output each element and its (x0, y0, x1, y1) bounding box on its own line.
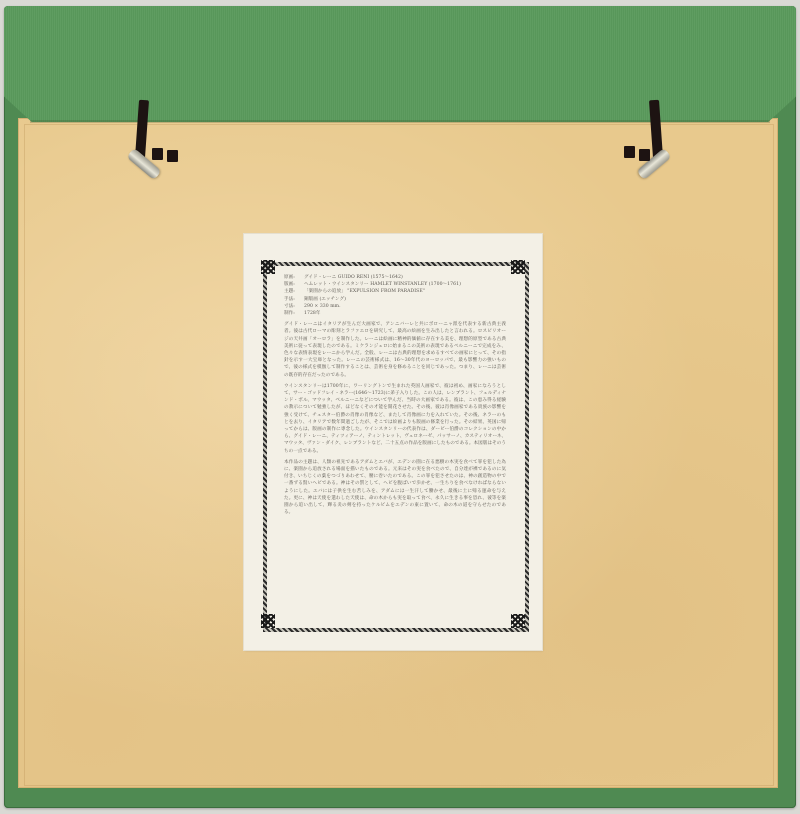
meta-key: 手法: (284, 296, 304, 303)
corner-ornament-icon (261, 614, 275, 628)
corner-ornament-icon (511, 260, 525, 274)
paragraph-subject: 本作品の主題は、人類の祖先であるアダムとエバが、エデンの園に在る悪樹の木実を食べ… (284, 459, 506, 517)
meta-value: ヘムレット・ウインスタンリー HAMLET WINSTANLEY (1700〜1… (304, 281, 506, 288)
label-text: 原画: グイド・レーニ GUIDO RENI (1575〜1642) 版画: ヘ… (284, 274, 506, 521)
meta-key: 制作: (284, 310, 304, 317)
meta-key: 寸法: (284, 303, 304, 310)
info-label: 原画: グイド・レーニ GUIDO RENI (1575〜1642) 版画: ヘ… (244, 234, 542, 650)
meta-key: 版画: (284, 281, 304, 288)
meta-row-engraver: 版画: ヘムレット・ウインスタンリー HAMLET WINSTANLEY (17… (284, 281, 506, 288)
strap-tab-icon (152, 148, 163, 160)
meta-value: 銅版画 (エッチング) (304, 296, 506, 303)
paragraph-winstanley: ウインスタンリーは1700年に、ワーリングトンで生まれた英国人画家で、彼は初め、… (284, 383, 506, 455)
corner-ornament-icon (261, 260, 275, 274)
strap-tab-icon (624, 146, 635, 158)
meta-value: 「楽園からの追放」 "EXPULSION FROM PARADISE" (304, 288, 506, 295)
meta-row-dimensions: 寸法: 290 × 330 mm. (284, 303, 506, 310)
strap-tab-icon (167, 150, 178, 162)
meta-key: 主題: (284, 288, 304, 295)
meta-row-technique: 手法: 銅版画 (エッチング) (284, 296, 506, 303)
meta-value: 1728年 (304, 310, 506, 317)
corner-ornament-icon (511, 614, 525, 628)
meta-key: 原画: (284, 274, 304, 281)
meta-row-title: 主題: 「楽園からの追放」 "EXPULSION FROM PARADISE" (284, 288, 506, 295)
meta-row-original: 原画: グイド・レーニ GUIDO RENI (1575〜1642) (284, 274, 506, 281)
artwork-metadata: 原画: グイド・レーニ GUIDO RENI (1575〜1642) 版画: ヘ… (284, 274, 506, 317)
meta-value: グイド・レーニ GUIDO RENI (1575〜1642) (304, 274, 506, 281)
paragraph-reni: グイド・レーニはイタリアが生んだ大画家で、アンニバーレと共にボローニャ派を代表す… (284, 321, 506, 379)
strap-tab-icon (639, 149, 650, 161)
meta-row-year: 制作: 1728年 (284, 310, 506, 317)
top-flap (4, 6, 796, 122)
meta-value: 290 × 330 mm. (304, 303, 506, 310)
